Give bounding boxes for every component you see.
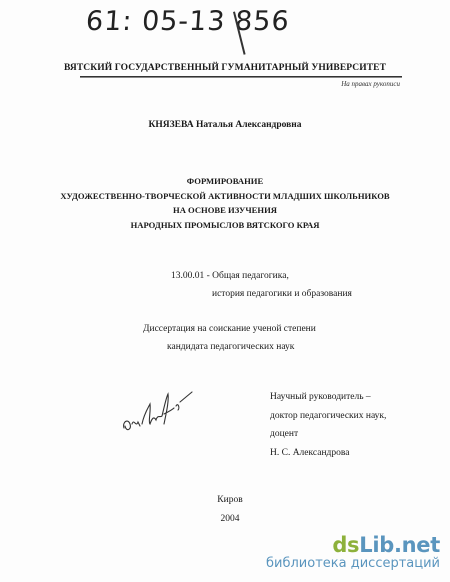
advisor-rank: доцент	[270, 425, 386, 444]
advisor-role: Научный руководитель –	[270, 388, 386, 407]
specialty-line-1: 13.00.01 - Общая педагогика,	[171, 267, 352, 285]
title-line: НА ОСНОВЕ ИЗУЧЕНИЯ	[0, 203, 450, 218]
manuscript-rights-note: На правах рукописи	[341, 80, 400, 88]
watermark-brand-ds: ds	[332, 533, 359, 557]
header-divider	[80, 76, 402, 78]
document-page: 61: 05-13 856 ВЯТСКИЙ ГОСУДАРСТВЕННЫЙ ГУ…	[0, 0, 450, 582]
scientific-advisor: Научный руководитель – доктор педагогиче…	[270, 388, 386, 462]
dslib-watermark: dsLib.net библиотека диссертаций	[266, 534, 440, 572]
signature-icon	[120, 384, 200, 434]
degree-line-2: кандидата педагогических наук	[143, 338, 316, 356]
watermark-brand-lib: Lib.net	[359, 533, 440, 557]
title-line: НАРОДНЫХ ПРОМЫСЛОВ ВЯТСКОГО КРАЯ	[0, 218, 450, 233]
watermark-brand: dsLib.net	[266, 534, 440, 556]
handwritten-catalog-code: 61: 05-13 856	[85, 6, 291, 37]
title-line: ХУДОЖЕСТВЕННО-ТВОРЧЕСКОЙ АКТИВНОСТИ МЛАД…	[0, 189, 450, 204]
degree-statement: Диссертация на соискание ученой степени …	[143, 320, 316, 356]
advisor-name: Н. С. Александрова	[270, 444, 386, 463]
specialty-code: 13.00.01 - Общая педагогика, история пед…	[171, 267, 352, 303]
dissertation-title: ФОРМИРОВАНИЕ ХУДОЖЕСТВЕННО-ТВОРЧЕСКОЙ АК…	[0, 174, 450, 232]
year: 2004	[10, 510, 450, 529]
place-and-year: Киров 2004	[0, 491, 450, 529]
title-line: ФОРМИРОВАНИЕ	[0, 174, 450, 189]
university-name: ВЯТСКИЙ ГОСУДАРСТВЕННЫЙ ГУМАНИТАРНЫЙ УНИ…	[0, 63, 450, 73]
advisor-degree: доктор педагогических наук,	[270, 407, 386, 426]
watermark-tagline: библиотека диссертаций	[266, 556, 440, 572]
degree-line-1: Диссертация на соискание ученой степени	[143, 320, 316, 338]
city: Киров	[10, 491, 450, 510]
author-name: КНЯЗЕВА Наталья Александровна	[0, 120, 450, 130]
specialty-line-2: история педагогики и образования	[171, 285, 352, 303]
